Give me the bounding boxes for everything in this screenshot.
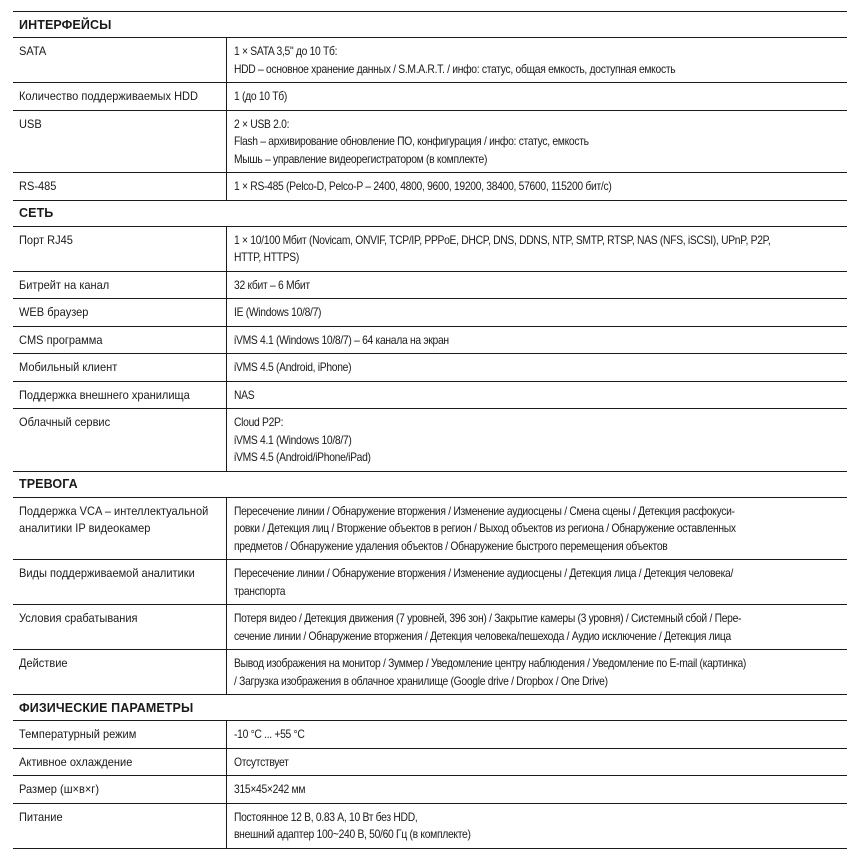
spec-label-line: Температурный режим	[19, 726, 137, 744]
section-header: ФИЗИЧЕСКИЕ ПАРАМЕТРЫ	[13, 695, 847, 721]
spec-label-line: Поддержка внешнего хранилища	[19, 387, 190, 405]
spec-value-line: транспорта	[234, 583, 286, 601]
spec-value: iVMS 4.5 (Android, iPhone)	[227, 354, 847, 381]
spec-label: Облачный сервис	[13, 409, 227, 471]
spec-row: SATA1 × SATA 3,5" до 10 Тб:HDD – основно…	[13, 38, 847, 83]
spec-label-line: Действие	[19, 655, 68, 673]
spec-label-line: аналитики IP видеокамер	[19, 520, 151, 538]
spec-value-line: предметов / Обнаружение удаления объекто…	[234, 538, 667, 556]
spec-label: Виды поддерживаемой аналитики	[13, 560, 227, 604]
spec-label: Количество поддерживаемых HDD	[13, 83, 227, 110]
spec-label: WEB браузер	[13, 299, 227, 326]
spec-table: ИНТЕРФЕЙСЫSATA1 × SATA 3,5" до 10 Тб:HDD…	[13, 11, 847, 849]
spec-value: NAS	[227, 382, 847, 409]
spec-value-line: Flash – архивирование обновление ПО, кон…	[234, 133, 588, 151]
spec-label-line: Виды поддерживаемой аналитики	[19, 565, 195, 583]
spec-label: Размер (ш×в×г)	[13, 776, 227, 803]
spec-label: Температурный режим	[13, 721, 227, 748]
spec-row: Поддержка внешнего хранилищаNAS	[13, 382, 847, 410]
spec-label-line: Питание	[19, 809, 62, 827]
spec-value-line: 1 × SATA 3,5" до 10 Тб:	[234, 43, 337, 61]
spec-value: IE (Windows 10/8/7)	[227, 299, 847, 326]
spec-row: Виды поддерживаемой аналитикиПересечение…	[13, 560, 847, 605]
spec-label-line: Битрейт на канал	[19, 277, 109, 295]
spec-label-line: SATA	[19, 43, 47, 61]
spec-label-line: RS-485	[19, 178, 57, 196]
spec-label-line: USB	[19, 116, 42, 134]
spec-value: 1 × 10/100 Мбит (Novicam, ONVIF, TCP/IP,…	[227, 227, 858, 271]
spec-value-line: iVMS 4.1 (Windows 10/8/7) – 64 канала на…	[234, 332, 449, 350]
spec-value-line: Пересечение линии / Обнаружение вторжени…	[234, 503, 735, 521]
spec-value: 1 × SATA 3,5" до 10 Тб:HDD – основное хр…	[227, 38, 847, 82]
spec-value-line: HTTP, HTTPS)	[234, 249, 299, 267]
spec-value-line: iVMS 4.1 (Windows 10/8/7)	[234, 432, 352, 450]
spec-value-line: 315×45×242 мм	[234, 781, 305, 799]
spec-value-line: Пересечение линии / Обнаружение вторжени…	[234, 565, 733, 583]
spec-value-line: ровки / Детекция лиц / Вторжение объекто…	[234, 520, 735, 538]
spec-row: Температурный режим-10 °C ... +55 °C	[13, 721, 847, 749]
spec-label: CMS программа	[13, 327, 227, 354]
spec-label-line: Поддержка VCA – интеллектуальной	[19, 503, 209, 521]
spec-row: USB2 × USB 2.0:Flash – архивирование обн…	[13, 111, 847, 174]
spec-label: Битрейт на канал	[13, 272, 227, 299]
spec-value: Cloud P2P:iVMS 4.1 (Windows 10/8/7)iVMS …	[227, 409, 847, 471]
spec-label: RS-485	[13, 173, 227, 200]
spec-row: Количество поддерживаемых HDD1 (до 10 Тб…	[13, 83, 847, 111]
spec-value-line: внешний адаптер 100~240 В, 50/60 Гц (в к…	[234, 826, 471, 844]
spec-row: WEB браузерIE (Windows 10/8/7)	[13, 299, 847, 327]
spec-row: CMS программаiVMS 4.1 (Windows 10/8/7) –…	[13, 327, 847, 355]
spec-value: Вывод изображения на монитор / Зуммер / …	[227, 650, 847, 694]
spec-value: Постоянное 12 В, 0.83 А, 10 Вт без HDD,в…	[227, 804, 847, 848]
spec-label-line: Условия срабатывания	[19, 610, 138, 628]
spec-value: Потеря видео / Детекция движения (7 уров…	[227, 605, 847, 649]
spec-value-line: сечение линии / Обнаружение вторжения / …	[234, 628, 731, 646]
spec-value: -10 °C ... +55 °C	[227, 721, 847, 748]
spec-row: Размер (ш×в×г)315×45×242 мм	[13, 776, 847, 804]
spec-label: Порт RJ45	[13, 227, 227, 271]
spec-label-line: Порт RJ45	[19, 232, 73, 250]
spec-value-line: Cloud P2P:	[234, 414, 283, 432]
spec-value-line: Отсутствует	[234, 754, 288, 772]
spec-value-line: 32 кбит – 6 Мбит	[234, 277, 310, 295]
spec-label: Условия срабатывания	[13, 605, 227, 649]
spec-label-line: CMS программа	[19, 332, 103, 350]
spec-label: Питание	[13, 804, 227, 848]
section-header: ИНТЕРФЕЙСЫ	[13, 12, 847, 38]
spec-value: Пересечение линии / Обнаружение вторжени…	[227, 560, 847, 604]
spec-label-line: Размер (ш×в×г)	[19, 781, 99, 799]
spec-value-line: Потеря видео / Детекция движения (7 уров…	[234, 610, 741, 628]
section-header: СЕТЬ	[13, 201, 847, 227]
spec-label-line: Мобильный клиент	[19, 359, 117, 377]
spec-value-line: Вывод изображения на монитор / Зуммер / …	[234, 655, 746, 673]
spec-label: Мобильный клиент	[13, 354, 227, 381]
spec-label: Поддержка внешнего хранилища	[13, 382, 227, 409]
spec-value-line: Постоянное 12 В, 0.83 А, 10 Вт без HDD,	[234, 809, 417, 827]
spec-label: USB	[13, 111, 227, 173]
spec-row: Поддержка VCA – интеллектуальнойаналитик…	[13, 498, 847, 561]
spec-value-line: HDD – основное хранение данных / S.M.A.R…	[234, 61, 675, 79]
spec-value-line: 1 × 10/100 Мбит (Novicam, ONVIF, TCP/IP,…	[234, 232, 771, 250]
spec-label: Активное охлаждение	[13, 749, 227, 776]
spec-value: 32 кбит – 6 Мбит	[227, 272, 847, 299]
spec-value: 1 × RS-485 (Pelco-D, Pelco-P – 2400, 480…	[227, 173, 847, 200]
spec-value-line: Мышь – управление видеорегистратором (в …	[234, 151, 487, 169]
spec-row: Порт RJ451 × 10/100 Мбит (Novicam, ONVIF…	[13, 227, 847, 272]
spec-value: Отсутствует	[227, 749, 847, 776]
spec-label: SATA	[13, 38, 227, 82]
spec-value: 1 (до 10 Тб)	[227, 83, 847, 110]
spec-label-line: Облачный сервис	[19, 414, 110, 432]
spec-value-line: iVMS 4.5 (Android/iPhone/iPad)	[234, 449, 371, 467]
spec-value-line: iVMS 4.5 (Android, iPhone)	[234, 359, 351, 377]
spec-value-line: 2 × USB 2.0:	[234, 116, 289, 134]
spec-row: RS-4851 × RS-485 (Pelco-D, Pelco-P – 240…	[13, 173, 847, 201]
spec-label: Действие	[13, 650, 227, 694]
spec-row: Условия срабатыванияПотеря видео / Детек…	[13, 605, 847, 650]
spec-row: Облачный сервисCloud P2P:iVMS 4.1 (Windo…	[13, 409, 847, 472]
spec-label-line: Количество поддерживаемых HDD	[19, 88, 198, 106]
spec-label-line: Активное охлаждение	[19, 754, 132, 772]
spec-value-line: NAS	[234, 387, 255, 405]
spec-value-line: 1 (до 10 Тб)	[234, 88, 287, 106]
spec-row: ДействиеВывод изображения на монитор / З…	[13, 650, 847, 695]
spec-row: Активное охлаждениеОтсутствует	[13, 749, 847, 777]
spec-row: Битрейт на канал32 кбит – 6 Мбит	[13, 272, 847, 300]
spec-value: 2 × USB 2.0:Flash – архивирование обновл…	[227, 111, 847, 173]
spec-value: Пересечение линии / Обнаружение вторжени…	[227, 498, 847, 560]
spec-label-line: WEB браузер	[19, 304, 88, 322]
section-header: ТРЕВОГА	[13, 472, 847, 498]
spec-value: iVMS 4.1 (Windows 10/8/7) – 64 канала на…	[227, 327, 847, 354]
spec-row: Мобильный клиентiVMS 4.5 (Android, iPhon…	[13, 354, 847, 382]
spec-value: 315×45×242 мм	[227, 776, 847, 803]
spec-row: ПитаниеПостоянное 12 В, 0.83 А, 10 Вт бе…	[13, 804, 847, 849]
spec-value-line: 1 × RS-485 (Pelco-D, Pelco-P – 2400, 480…	[234, 178, 612, 196]
spec-value-line: / Загрузка изображения в облачное хранил…	[234, 673, 608, 691]
spec-label: Поддержка VCA – интеллектуальнойаналитик…	[13, 498, 227, 560]
spec-value-line: -10 °C ... +55 °C	[234, 726, 305, 744]
spec-value-line: IE (Windows 10/8/7)	[234, 304, 321, 322]
